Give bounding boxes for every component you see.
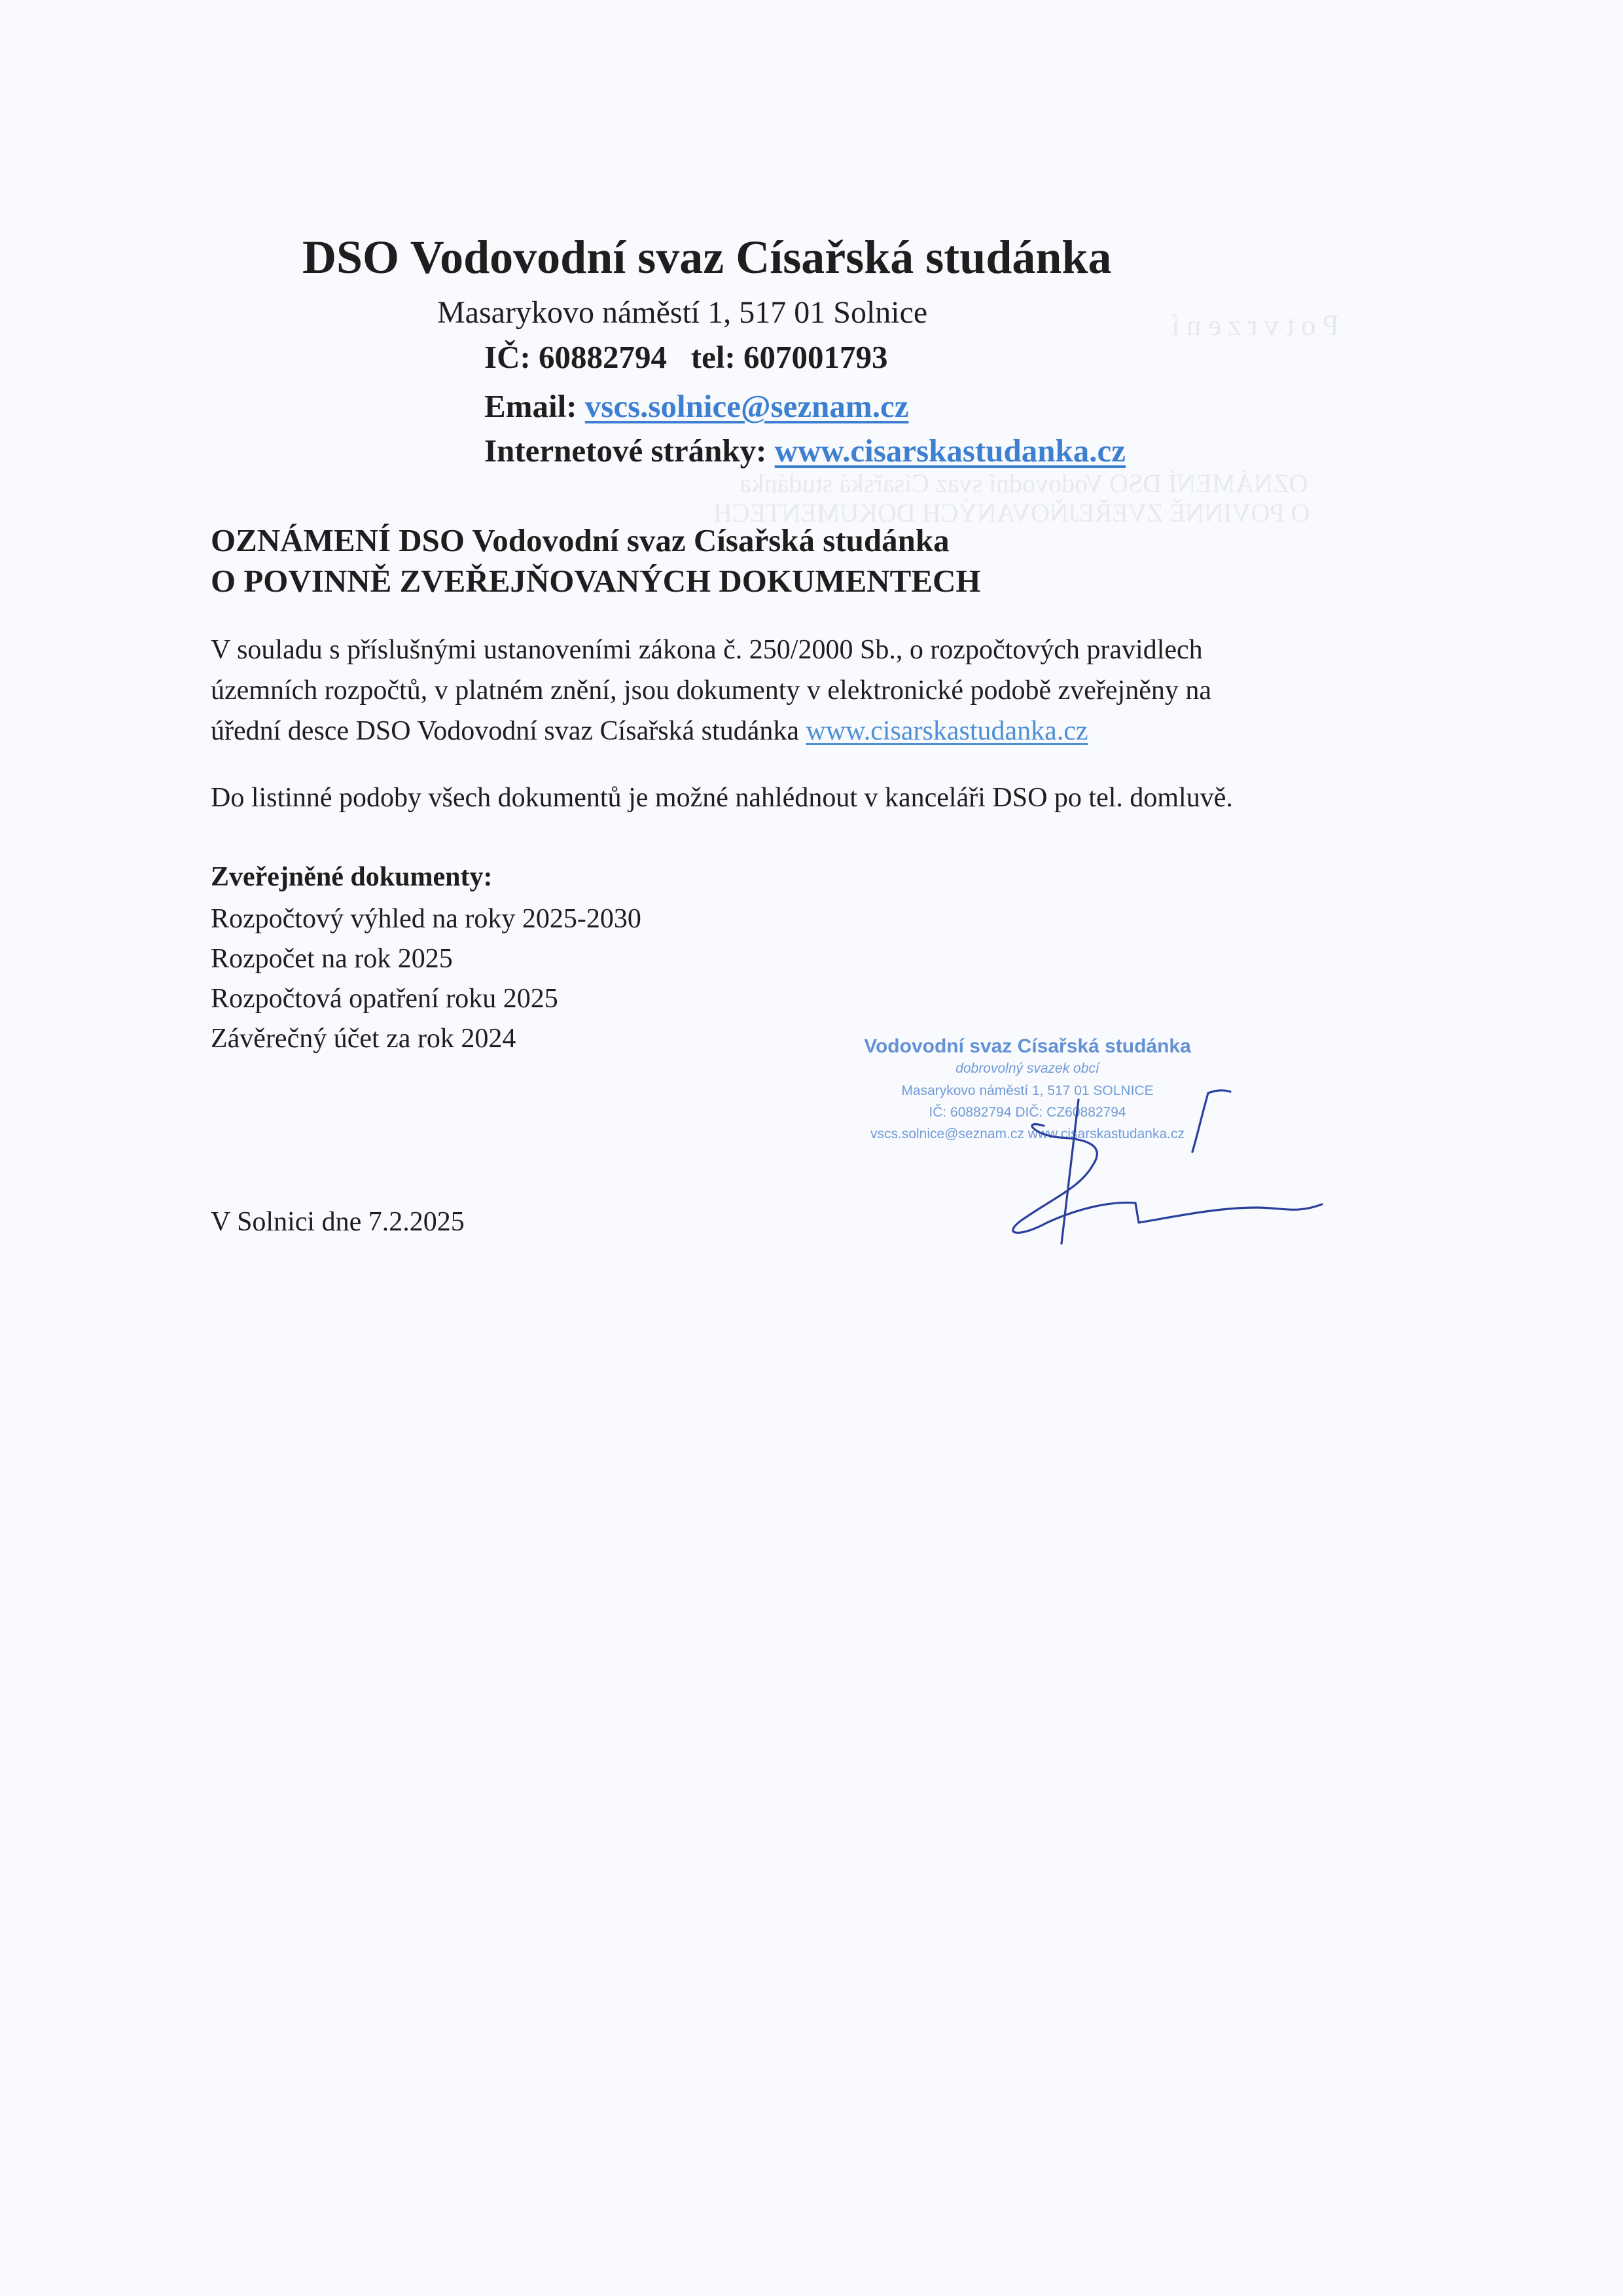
notice-heading-line-2: O POVINNĚ ZVEŘEJŇOVANÝCH DOKUMENTECH [211, 561, 981, 601]
place-and-date: V Solnici dne 7.2.2025 [211, 1206, 465, 1238]
document-item: Rozpočtový výhled na roky 2025-2030 [211, 899, 641, 939]
organization-address: Masarykovo náměstí 1, 517 01 Solnice [437, 295, 927, 331]
email-link[interactable]: vscs.solnice@seznam.cz [585, 388, 909, 424]
paragraph-website-link[interactable]: www.cisarskastudanka.cz [806, 716, 1088, 746]
website-label: Internetové stránky: [484, 433, 766, 469]
paragraph-line-2: územních rozpočtů, v platném znění, jsou… [211, 670, 1211, 711]
website-link[interactable]: www.cisarskastudanka.cz [775, 433, 1126, 469]
document-item: Rozpočtová opatření roku 2025 [211, 979, 641, 1019]
stamp-name: Vodovodní svaz Císařská studánka [831, 1035, 1224, 1058]
tel-value: 607001793 [743, 339, 888, 375]
notice-heading: OZNÁMENÍ DSO Vodovodní svaz Císařská stu… [211, 520, 981, 601]
ic-label: IČ: [484, 339, 531, 375]
organization-title: DSO Vodovodní svaz Císařská studánka [302, 230, 1111, 285]
inspection-paragraph: Do listinné podoby všech dokumentů je mo… [211, 782, 1233, 814]
bleed-through-text: Potvrzení [1165, 308, 1339, 342]
paragraph-line-3-text: úřední desce DSO Vodovodní svaz Císařská… [211, 716, 799, 746]
documents-heading: Zveřejněné dokumenty: [211, 861, 492, 893]
paragraph-line-3: úřední desce DSO Vodovodní svaz Císařská… [211, 711, 1211, 751]
notice-paragraph: V souladu s příslušnými ustanoveními zák… [211, 630, 1211, 751]
document-item: Závěrečný účet za rok 2024 [211, 1019, 641, 1059]
email-line: Email: vscs.solnice@seznam.cz [484, 387, 908, 425]
handwritten-signature [982, 1073, 1348, 1270]
website-line: Internetové stránky: www.cisarskastudank… [484, 432, 1126, 469]
documents-list: Rozpočtový výhled na roky 2025-2030 Rozp… [211, 899, 641, 1059]
id-and-phone: IČ: 60882794 tel: 607001793 [484, 338, 888, 376]
notice-heading-line-1: OZNÁMENÍ DSO Vodovodní svaz Císařská stu… [211, 520, 981, 561]
tel-label: tel: [691, 339, 736, 375]
paragraph-line-1: V souladu s příslušnými ustanoveními zák… [211, 630, 1211, 670]
document-page: Potvrzení OZNÁMENÍ DSO Vodovodní svaz Cí… [0, 0, 1623, 2296]
email-label: Email: [484, 388, 577, 424]
ic-value: 60882794 [539, 339, 667, 375]
document-item: Rozpočet na rok 2025 [211, 939, 641, 979]
bleed-through-text: OZNÁMENÍ DSO Vodovodní svaz Císařská stu… [740, 468, 1308, 499]
